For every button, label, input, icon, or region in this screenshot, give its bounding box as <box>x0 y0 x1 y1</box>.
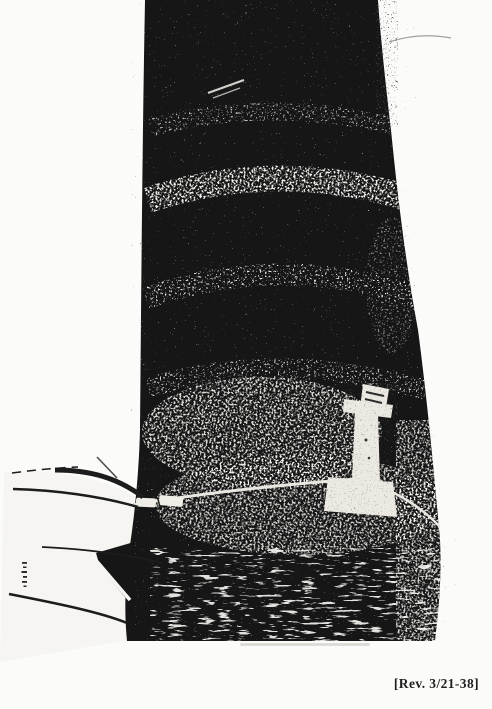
fixture-grain <box>324 384 398 518</box>
scanned-page: [Rev. 3/21-38] <box>0 0 492 709</box>
photograph <box>0 0 492 709</box>
bracket-fixture <box>324 384 398 518</box>
cable-connector <box>159 495 184 507</box>
revision-caption: [Rev. 3/21-38] <box>394 677 479 692</box>
bottom-smear <box>240 643 370 646</box>
